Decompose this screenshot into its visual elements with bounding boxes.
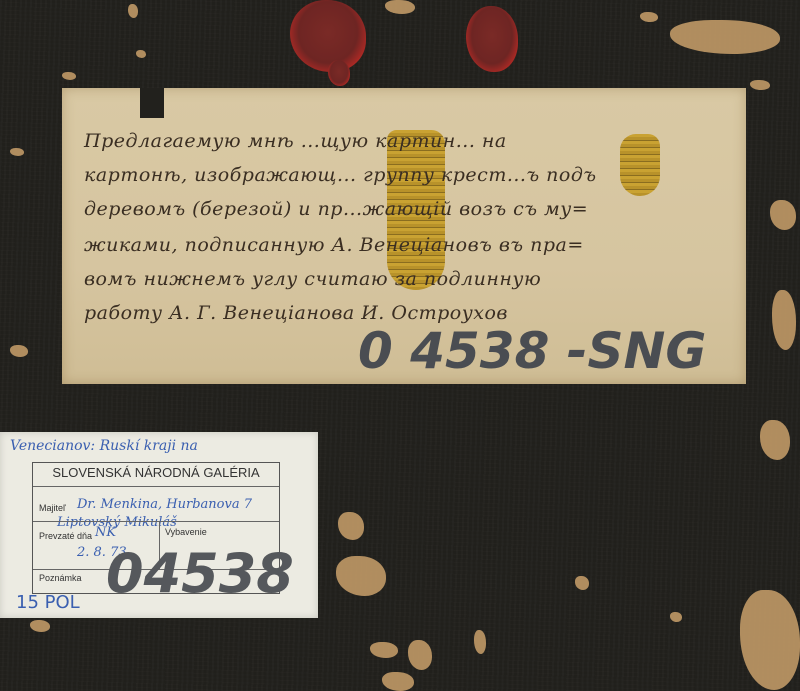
form-divider <box>33 521 279 522</box>
wax-seal-left <box>290 0 366 72</box>
gallery-inventory-label: Venecianov: Ruskí kraji na SLOVENSKÁ NÁR… <box>0 432 318 618</box>
inventory-number-stamp: 0 4538 -SNG <box>358 322 706 380</box>
wax-seal-right <box>466 6 518 72</box>
paint-loss <box>10 345 28 357</box>
paint-loss <box>408 640 432 670</box>
note-label: Poznámka <box>39 573 82 583</box>
handwriting-line-3: деревомъ (березой) и пр...жающій возъ съ… <box>84 198 588 220</box>
paint-loss <box>670 612 682 622</box>
handwriting-line-2: картонѣ, изображающ... группу крест...ъ … <box>84 164 597 186</box>
paint-loss <box>772 290 796 350</box>
received-label: Prevzaté dňa <box>39 531 92 541</box>
paint-loss <box>370 642 398 658</box>
paint-loss <box>575 576 589 590</box>
received-value: NK <box>95 525 116 540</box>
gallery-inventory-number: 04538 <box>106 542 294 605</box>
paint-loss <box>30 620 50 632</box>
institution-name: SLOVENSKÁ NÁRODNÁ GALÉRIA <box>33 465 279 487</box>
handwriting-line-5: вомъ нижнемъ углу считаю за подлинную <box>84 268 541 290</box>
footer-note: 15 POL <box>16 592 80 613</box>
label-notch <box>140 88 164 118</box>
attestation-label: Предлагаемую мнѣ ...щую картин... на кар… <box>62 88 746 384</box>
paint-loss <box>10 148 24 156</box>
handwritten-title: Venecianov: Ruskí kraji na <box>10 438 198 454</box>
paint-loss <box>62 72 76 80</box>
paint-loss <box>338 512 364 540</box>
paint-loss <box>770 200 796 230</box>
handwriting-line-6: работу А. Г. Венеціанова И. Остроухов <box>84 302 508 324</box>
paint-loss <box>750 80 770 90</box>
handwriting-line-4: жиками, подписанную А. Венеціановъ въ пр… <box>84 234 584 256</box>
wax-seal-left-drip <box>328 60 350 86</box>
owner-value: Dr. Menkina, Hurbanova 7 <box>77 497 252 512</box>
equipment-label: Vybavenie <box>165 527 207 537</box>
paint-loss <box>474 630 486 654</box>
owner-label: Majiteľ <box>39 503 66 513</box>
handwriting-line-1: Предлагаемую мнѣ ...щую картин... на <box>84 130 507 152</box>
paint-loss <box>136 50 146 58</box>
paint-loss <box>640 12 658 22</box>
paper-tear-2 <box>620 134 660 196</box>
paint-loss <box>128 4 138 18</box>
